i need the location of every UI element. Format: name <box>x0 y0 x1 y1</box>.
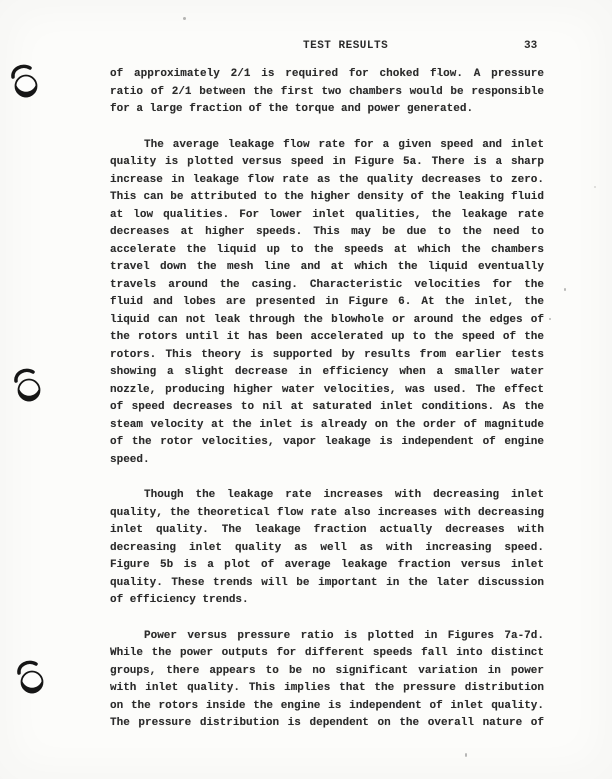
text-line: fluid and lobes are presented in Figure … <box>110 294 544 312</box>
text-line: The pressure distribution is dependent o… <box>110 715 544 733</box>
text-line: the rotors until it has been accelerated… <box>110 329 544 347</box>
text-line: Though the leakage rate increases with d… <box>110 487 544 505</box>
text-line: of the rotor velocities, vapor leakage i… <box>110 434 544 452</box>
page-number: 33 <box>524 40 537 52</box>
text-line: increase in leakage flow rate as the qua… <box>110 172 544 190</box>
noise-speck <box>183 17 186 20</box>
noise-speck <box>321 70 323 72</box>
text-line: travel down the mesh line and at which t… <box>110 259 544 277</box>
noise-speck <box>465 753 467 757</box>
noise-speck <box>549 318 551 320</box>
text-line: Figure 5b is a plot of average leakage f… <box>110 557 544 575</box>
page-title: TEST RESULTS <box>303 40 388 52</box>
text-line: of speed decreases to nil at saturated i… <box>110 399 544 417</box>
paragraph: of approximately 2/1 is required for cho… <box>110 66 544 119</box>
text-line: with inlet quality. This implies that th… <box>110 680 544 698</box>
binder-hole-mark <box>12 366 46 408</box>
paragraph: The average leakage flow rate for a give… <box>110 137 544 470</box>
text-line: This can be attributed to the higher den… <box>110 189 544 207</box>
text-line: speed. <box>110 452 544 470</box>
noise-speck <box>564 288 566 291</box>
noise-speck <box>437 73 440 75</box>
text-line: quality, the theoretical flow rate also … <box>110 505 544 523</box>
noise-speck <box>131 163 133 165</box>
text-line: quality is plotted versus speed in Figur… <box>110 154 544 172</box>
text-line: groups, there appears to be no significa… <box>110 663 544 681</box>
text-line: of efficiency trends. <box>110 592 544 610</box>
scanned-document-page: TEST RESULTS 33 of approximately 2/1 is … <box>0 0 612 779</box>
paragraph: Power versus pressure ratio is plotted i… <box>110 628 544 733</box>
text-line: of approximately 2/1 is required for cho… <box>110 66 544 84</box>
text-line: ratio of 2/1 between the first two chamb… <box>110 84 544 102</box>
text-line: showing a slight decrease in efficiency … <box>110 364 544 382</box>
text-line: decreases at higher speeds. This may be … <box>110 224 544 242</box>
text-line: on the rotors inside the engine is indep… <box>110 698 544 716</box>
binder-hole-mark <box>15 658 49 700</box>
text-line: decreasing inlet quality as well as with… <box>110 540 544 558</box>
text-line: The average leakage flow rate for a give… <box>110 137 544 155</box>
text-line: at low qualities. For lower inlet qualit… <box>110 207 544 225</box>
text-line: Power versus pressure ratio is plotted i… <box>110 628 544 646</box>
document-body: of approximately 2/1 is required for cho… <box>110 66 544 733</box>
text-line: quality. These trends will be important … <box>110 575 544 593</box>
binder-hole-mark <box>9 62 43 104</box>
noise-speck <box>594 186 596 188</box>
text-line: inlet quality. The leakage fraction actu… <box>110 522 544 540</box>
paragraph: Though the leakage rate increases with d… <box>110 487 544 610</box>
text-line: accelerate the liquid up to the speeds a… <box>110 242 544 260</box>
text-line: rotors. This theory is supported by resu… <box>110 347 544 365</box>
text-line: travels around the casing. Characteristi… <box>110 277 544 295</box>
text-line: for a large fraction of the torque and p… <box>110 101 544 119</box>
text-line: liquid can not leak through the blowhole… <box>110 312 544 330</box>
text-line: nozzle, producing higher water velocitie… <box>110 382 544 400</box>
text-line: While the power outputs for different sp… <box>110 645 544 663</box>
text-line: steam velocity at the inlet is already o… <box>110 417 544 435</box>
